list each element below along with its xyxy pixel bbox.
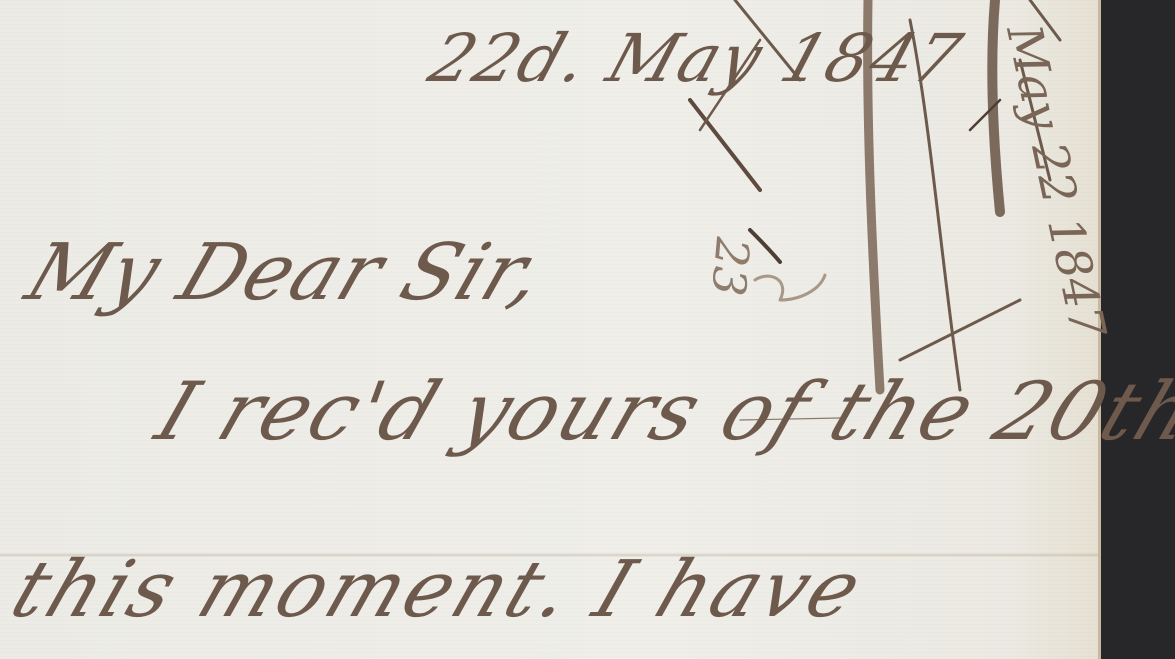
flourish-th	[900, 300, 1020, 360]
mark-23-curve	[755, 275, 825, 300]
body-line-1: I rec'd yours of the 20th	[145, 365, 1175, 458]
date-line: 22d. May 1847	[420, 20, 972, 97]
body-line-2: this moment. I have	[0, 545, 876, 635]
salutation: My Dear Sir,	[15, 228, 558, 318]
docket-slant-1	[690, 100, 760, 190]
docket-mark-23: 23	[701, 235, 760, 298]
